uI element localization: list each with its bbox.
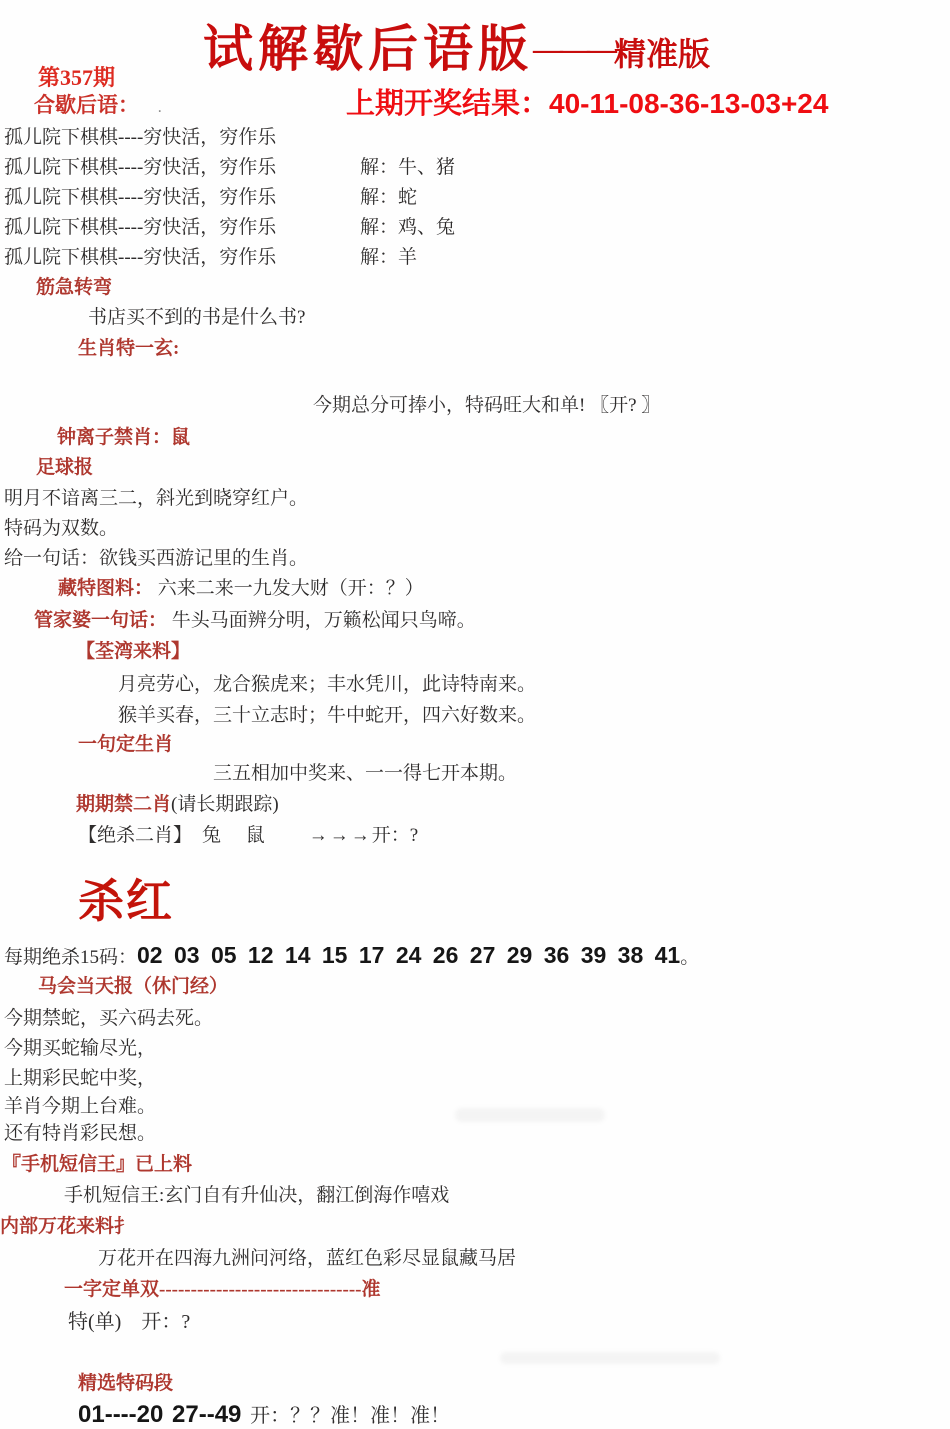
- riddle-row: 孤儿院下棋棋----穷快活，穷作乐 解：羊: [4, 246, 276, 271]
- juesha-result: 开：?: [372, 825, 418, 846]
- jie-label: 解：: [360, 187, 398, 208]
- mahui-line: 今期禁蛇，买六码去死。: [4, 1007, 213, 1032]
- cangte-text: 六来二来一九发大财（开：？）: [158, 578, 424, 599]
- riddle-answer: 解：牛、猪: [360, 156, 455, 181]
- riddle-answer: 解：鸡、兔: [360, 216, 455, 241]
- cangte-line: 藏特图料： 六来二来一九发大财（开：？）: [58, 577, 424, 602]
- jie-value: 羊: [398, 247, 417, 268]
- riddle-row: 孤儿院下棋棋----穷快活，穷作乐: [4, 126, 276, 151]
- trend-tip: 今期总分可捧小，特码旺大和单! 〖开? 〗: [313, 394, 660, 419]
- riddle-row: 孤儿院下棋棋----穷快活，穷作乐 解：牛、猪: [4, 156, 276, 181]
- issue-number: 第357期: [38, 64, 115, 93]
- brainteaser-question: 书店买不到的书是什么书?: [88, 306, 305, 331]
- title-suffix: 精准版: [614, 38, 710, 70]
- mahui-heading: 马会当天报（休门经）: [38, 975, 228, 1000]
- juesha-line: 【绝杀二肖】兔 鼠→→→开：?: [78, 824, 418, 849]
- title-dashes: ———: [533, 35, 614, 65]
- kill-period: 。: [680, 947, 699, 968]
- riddle-answer: 解：蛇: [360, 186, 417, 211]
- temaduan-result: 开：？？准！准！准！: [250, 1405, 450, 1427]
- kill-numbers: 02 03 05 12 14 15 17 24 26 27 29 36 39 3…: [137, 942, 680, 968]
- guanjiapo-label: 管家婆一句话：: [34, 610, 167, 631]
- guanjiapo-line: 管家婆一句话： 牛头马面辨分明，万籁松闻只鸟啼。: [34, 609, 476, 634]
- mahui-line: 今期买蛇输尽光，: [4, 1037, 156, 1062]
- riddle-answer: 解：羊: [360, 246, 417, 271]
- lottery-tip-sheet: 试解歇后语版 ——— 精准版 第357期 合歇后语： . 上期开奖结果：40-1…: [0, 0, 950, 1429]
- juesha-animals: 兔 鼠: [202, 825, 275, 846]
- riddle-row: 孤儿院下棋棋----穷快活，穷作乐 解：蛇: [4, 186, 276, 211]
- wanhua-heading: 内部万花来料扌: [0, 1215, 133, 1240]
- jinxiao-line: 期期禁二肖(请长期跟踪): [76, 793, 279, 818]
- zhongli-ban: 钟离子禁肖：鼠: [57, 426, 190, 451]
- football-line-3: 给一句话：欲钱买西游记里的生肖。: [4, 547, 308, 572]
- mahui-line: 还有特肖彩民想。: [4, 1122, 156, 1147]
- guanjiapo-text: 牛头马面辨分明，万籁松闻只鸟啼。: [172, 610, 476, 631]
- jinxiao-note: (请长期跟踪): [171, 794, 279, 815]
- page-title: 试解歇后语版 ——— 精准版: [203, 24, 710, 74]
- mahui-line: 上期彩民蛇中奖，: [4, 1067, 156, 1092]
- title-main: 试解歇后语版: [203, 24, 533, 74]
- juesha-label: 【绝杀二肖】: [78, 825, 192, 846]
- jie-label: 解：: [360, 247, 398, 268]
- sms-text: 手机短信王:玄门自有升仙决，翻江倒海作嘻戏: [64, 1184, 449, 1209]
- yiju-text: 三五相加中奖来、一一得七开本期。: [213, 762, 517, 787]
- jie-value: 鸡、兔: [398, 217, 455, 238]
- temaduan-ranges: 01----20 27--49: [78, 1401, 241, 1428]
- compose-label: 合歇后语：: [34, 93, 139, 117]
- quanwan-heading: 【荃湾来料】: [76, 640, 190, 665]
- danshuang-result: 特(单) 开：?: [68, 1309, 190, 1335]
- yiju-heading: 一句定生肖: [78, 733, 173, 758]
- kill-numbers-line: 每期绝杀15码：02 03 05 12 14 15 17 24 26 27 29…: [4, 941, 699, 971]
- compose-line: 合歇后语： .: [34, 92, 162, 120]
- jie-value: 牛、猪: [398, 157, 455, 178]
- riddle-text: 孤儿院下棋棋----穷快活，穷作乐: [4, 247, 276, 268]
- football-line-1: 明月不谙离三二，斜光到晓穿红户。: [4, 487, 308, 512]
- jie-label: 解：: [360, 157, 398, 178]
- prev-result-numbers: 40-11-08-36-13-03+24: [549, 88, 828, 119]
- quanwan-line-1: 月亮劳心，龙合猴虎来；丰水凭川，此诗特南来。: [118, 673, 536, 698]
- shahong-heading: 杀红: [78, 872, 174, 932]
- temaduan-heading: 精选特码段: [78, 1372, 173, 1397]
- cangte-label: 藏特图料：: [58, 578, 153, 599]
- prev-result: 上期开奖结果：40-11-08-36-13-03+24: [346, 86, 828, 124]
- riddle-row: 孤儿院下棋棋----穷快活，穷作乐 解：鸡、兔: [4, 216, 276, 241]
- riddle-text: 孤儿院下棋棋----穷快活，穷作乐: [4, 187, 276, 208]
- danshuang-heading: 一字定单双--------------------------------准: [64, 1278, 380, 1303]
- mahui-line: 羊肖今期上台难。: [4, 1095, 156, 1120]
- jinxiao-heading: 期期禁二肖: [76, 794, 171, 815]
- compose-dot: .: [158, 99, 162, 116]
- scan-artifact: [500, 1352, 720, 1364]
- jie-label: 解：: [360, 217, 398, 238]
- brainteaser-heading: 筋急转弯: [36, 276, 112, 301]
- right-arrows-icon: →→→: [309, 825, 372, 846]
- sms-heading: 『手机短信王』已上料: [2, 1153, 192, 1178]
- football-line-2: 特码为双数。: [4, 517, 118, 542]
- kill-label: 每期绝杀15码：: [4, 947, 137, 968]
- wanhua-text: 万花开在四海九洲问河络，蓝红色彩尽显鼠藏马居: [98, 1247, 516, 1272]
- riddle-text: 孤儿院下棋棋----穷快活，穷作乐: [4, 217, 276, 238]
- football-heading: 足球报: [36, 456, 93, 481]
- temaduan-line: 01----20 27--49 开：？？准！准！准！: [78, 1399, 450, 1429]
- prev-result-label: 上期开奖结果：: [346, 88, 549, 120]
- zodiac-heading: 生肖特一玄:: [78, 337, 179, 362]
- quanwan-line-2: 猴羊买春，三十立志时；牛中蛇开，四六好数来。: [118, 704, 536, 729]
- jie-value: 蛇: [398, 187, 417, 208]
- scan-artifact: [455, 1108, 605, 1122]
- riddle-text: 孤儿院下棋棋----穷快活，穷作乐: [4, 127, 276, 148]
- riddle-text: 孤儿院下棋棋----穷快活，穷作乐: [4, 157, 276, 178]
